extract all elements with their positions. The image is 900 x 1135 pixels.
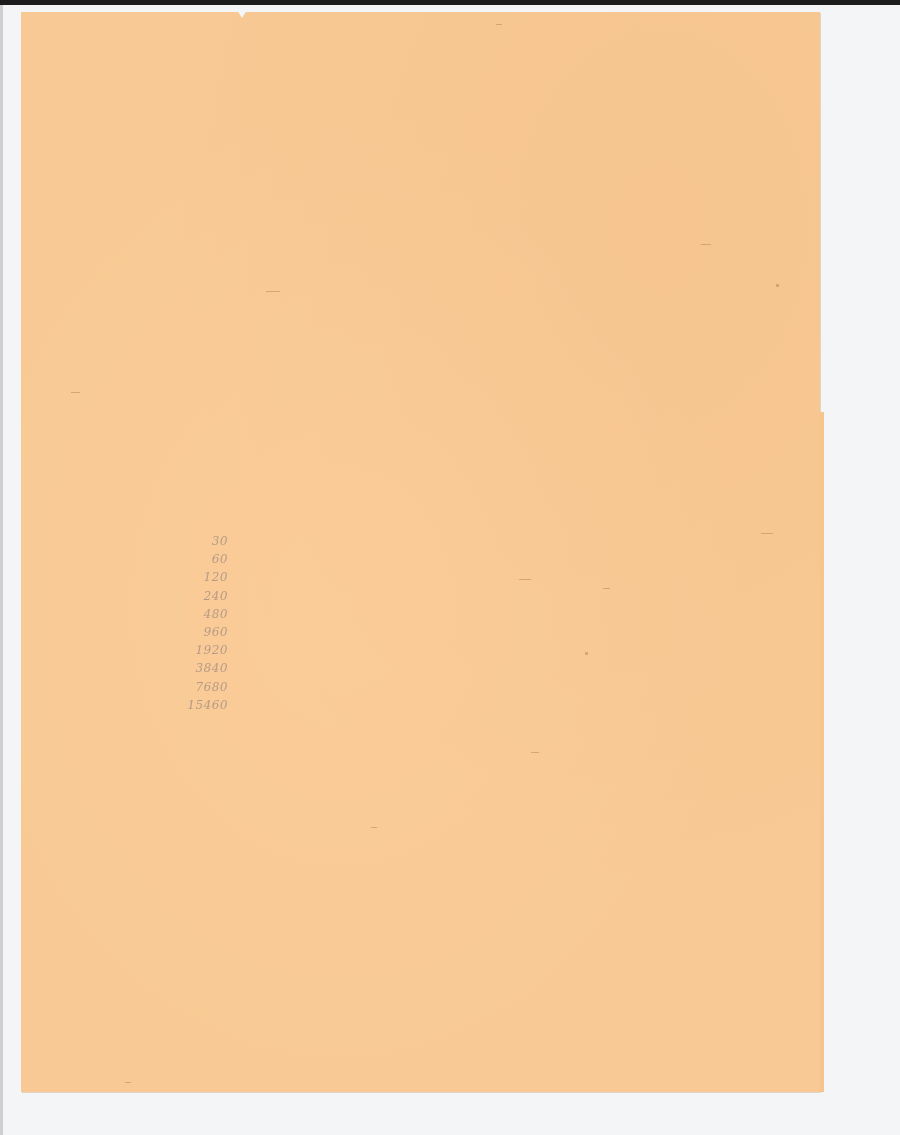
handwritten-number: 120 — [204, 568, 228, 586]
handwritten-number: 960 — [204, 623, 228, 641]
scan-left-border — [0, 5, 3, 1135]
handwritten-number: 60 — [212, 550, 228, 568]
paper-fleck — [496, 24, 502, 25]
paper-fleck — [776, 284, 779, 287]
paper-fleck — [266, 291, 280, 292]
paper-fleck — [125, 1082, 131, 1083]
paper-fleck — [761, 533, 773, 534]
handwritten-number: 30 — [212, 532, 228, 550]
paper-sheet — [21, 12, 820, 1092]
scan-top-border — [0, 0, 900, 5]
paper-tear — [237, 10, 247, 18]
paper-fleck — [519, 579, 531, 580]
handwritten-number: 15460 — [187, 696, 228, 714]
paper-fleck — [531, 752, 539, 753]
handwritten-number: 240 — [204, 587, 228, 605]
paper-fleck — [585, 652, 588, 655]
handwritten-number: 7680 — [195, 678, 228, 696]
paper-fleck — [71, 392, 80, 393]
handwritten-number-column: 30 60 120 240 480 960 1920 3840 7680 154… — [168, 532, 228, 714]
paper-fleck — [371, 827, 377, 828]
paper-fleck — [701, 244, 711, 245]
paper-fleck — [603, 588, 610, 589]
handwritten-number: 1920 — [195, 641, 228, 659]
handwritten-number: 480 — [204, 605, 228, 623]
handwritten-number: 3840 — [195, 659, 228, 677]
